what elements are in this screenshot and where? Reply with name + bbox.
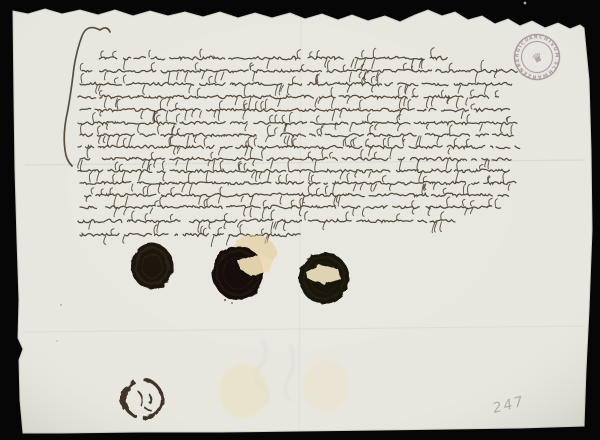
- wax-speck: [224, 299, 226, 301]
- document-scene: ARCHIVUM SCHWARZENBERGICUM ♛ 247: [0, 0, 600, 440]
- seal-ghost-stain: [303, 361, 349, 411]
- archival-photograph: ARCHIVUM SCHWARZENBERGICUM ♛ 247: [0, 0, 600, 440]
- paper-speck: [56, 340, 58, 342]
- paper-speck: [60, 304, 62, 306]
- wax-speck: [231, 302, 232, 303]
- seal-body: [131, 243, 173, 289]
- dust-speck: [524, 2, 527, 5]
- seal-ghost-stain: [219, 364, 267, 418]
- wax-seal-right: [299, 252, 349, 304]
- wax-seal-left: [131, 243, 173, 289]
